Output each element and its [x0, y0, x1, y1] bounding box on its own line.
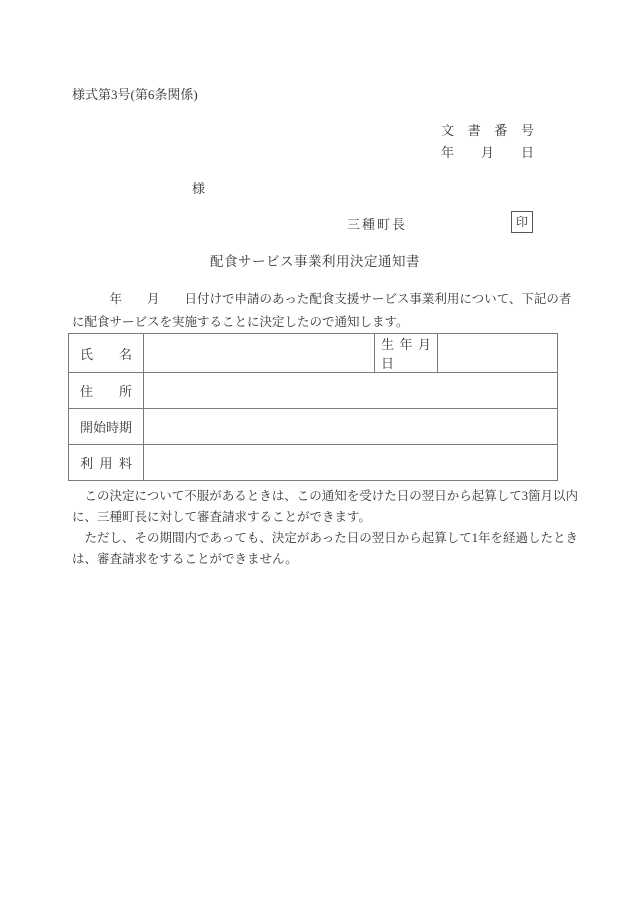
birthdate-label-cell: 生年月日 [375, 334, 438, 373]
seal-stamp: 印 [511, 211, 533, 233]
start-period-label-cell: 開始時期 [69, 409, 144, 445]
document-title: 配食サービス事業利用決定通知書 [0, 250, 630, 270]
sender-title: 三種町長 [347, 214, 407, 233]
note-line-3: ただし、その期間内であっても、決定があった日の翌日から起算して1年を経過したとき [72, 528, 572, 549]
birthdate-value-cell [438, 334, 558, 373]
appeal-notes: この決定について不服があるときは、この通知を受けた日の翌日から起算して3箇月以内… [72, 486, 572, 570]
note-line-4: は、審査請求をすることができません。 [72, 549, 572, 570]
body-line-1: 年 月 日付けで申請のあった配食支援サービス事業利用について、下記の者 [72, 288, 572, 311]
address-label-cell: 住所 [69, 373, 144, 409]
recipient-table: 氏名 生年月日 住所 開始時期 利用料 [68, 333, 558, 481]
form-number: 様式第3号(第6条関係) [72, 84, 198, 103]
fee-label-cell: 利用料 [69, 445, 144, 481]
table-row-start-period: 開始時期 [69, 409, 558, 445]
document-number-label: 文書番号 [441, 120, 534, 142]
document-meta-block: 文書番号 年月日 [441, 120, 534, 164]
table-row-address: 住所 [69, 373, 558, 409]
date-line: 年月日 [441, 142, 534, 164]
name-value-cell [144, 334, 375, 373]
addressee-honorific: 様 [192, 178, 205, 197]
start-period-value-cell [144, 409, 558, 445]
body-line-2: に配食サービスを実施することに決定したので通知します。 [72, 311, 572, 334]
name-label-cell: 氏名 [69, 334, 144, 373]
note-line-1: この決定について不服があるときは、この通知を受けた日の翌日から起算して3箇月以内 [72, 486, 572, 507]
table-row-fee: 利用料 [69, 445, 558, 481]
note-line-2: に、三種町長に対して審査請求することができます。 [72, 507, 572, 528]
address-value-cell [144, 373, 558, 409]
table-row-name: 氏名 生年月日 [69, 334, 558, 373]
document-page: 様式第3号(第6条関係) 文書番号 年月日 様 三種町長 印 配食サービス事業利… [0, 0, 630, 915]
fee-value-cell [144, 445, 558, 481]
body-paragraph: 年 月 日付けで申請のあった配食支援サービス事業利用について、下記の者 に配食サ… [72, 288, 572, 334]
seal-label: 印 [516, 215, 528, 229]
